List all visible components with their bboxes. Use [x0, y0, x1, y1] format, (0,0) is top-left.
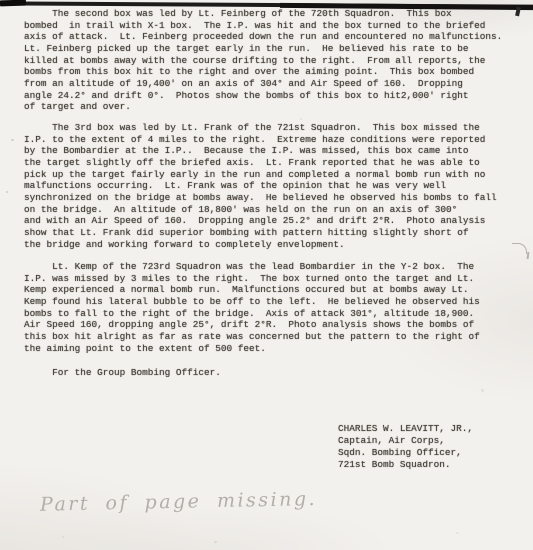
paragraph-second-box-feinberg: The second box was led by Lt. Feinberg o…	[24, 8, 502, 113]
signature-rank: Captain, Air Corps,	[338, 435, 445, 447]
signature-title: Sqdn. Bombing Officer,	[338, 447, 462, 459]
handwritten-note: Part of page missing.	[40, 486, 400, 516]
paper-speck	[6, 191, 8, 193]
scan-border-hook	[515, 7, 520, 17]
signature-name: CHARLES W. LEAVITT, JR.,	[338, 423, 473, 435]
paper-speck	[62, 536, 64, 538]
paragraph-third-box-frank: The 3rd box was led by Lt. Frank of the …	[24, 122, 497, 250]
scanned-report-page: The second box was led by Lt. Feinberg o…	[0, 0, 533, 550]
pencil-tick-mark	[527, 252, 529, 259]
scan-corner-blot	[0, 0, 26, 6]
paper-speck	[214, 541, 217, 543]
closing-line: For the Group Bombing Officer.	[24, 367, 221, 379]
paper-speck	[300, 118, 302, 120]
paper-speck	[481, 389, 484, 392]
signature-unit: 721st Bomb Squadron.	[338, 459, 451, 471]
pencil-curl-mark	[512, 243, 527, 254]
paper-speck	[11, 139, 14, 141]
paper-speck	[418, 99, 421, 101]
paper-speck	[456, 532, 459, 534]
paragraph-y2-box-kemp: Lt. Kemp of the 723rd Squadron was the l…	[24, 261, 480, 354]
